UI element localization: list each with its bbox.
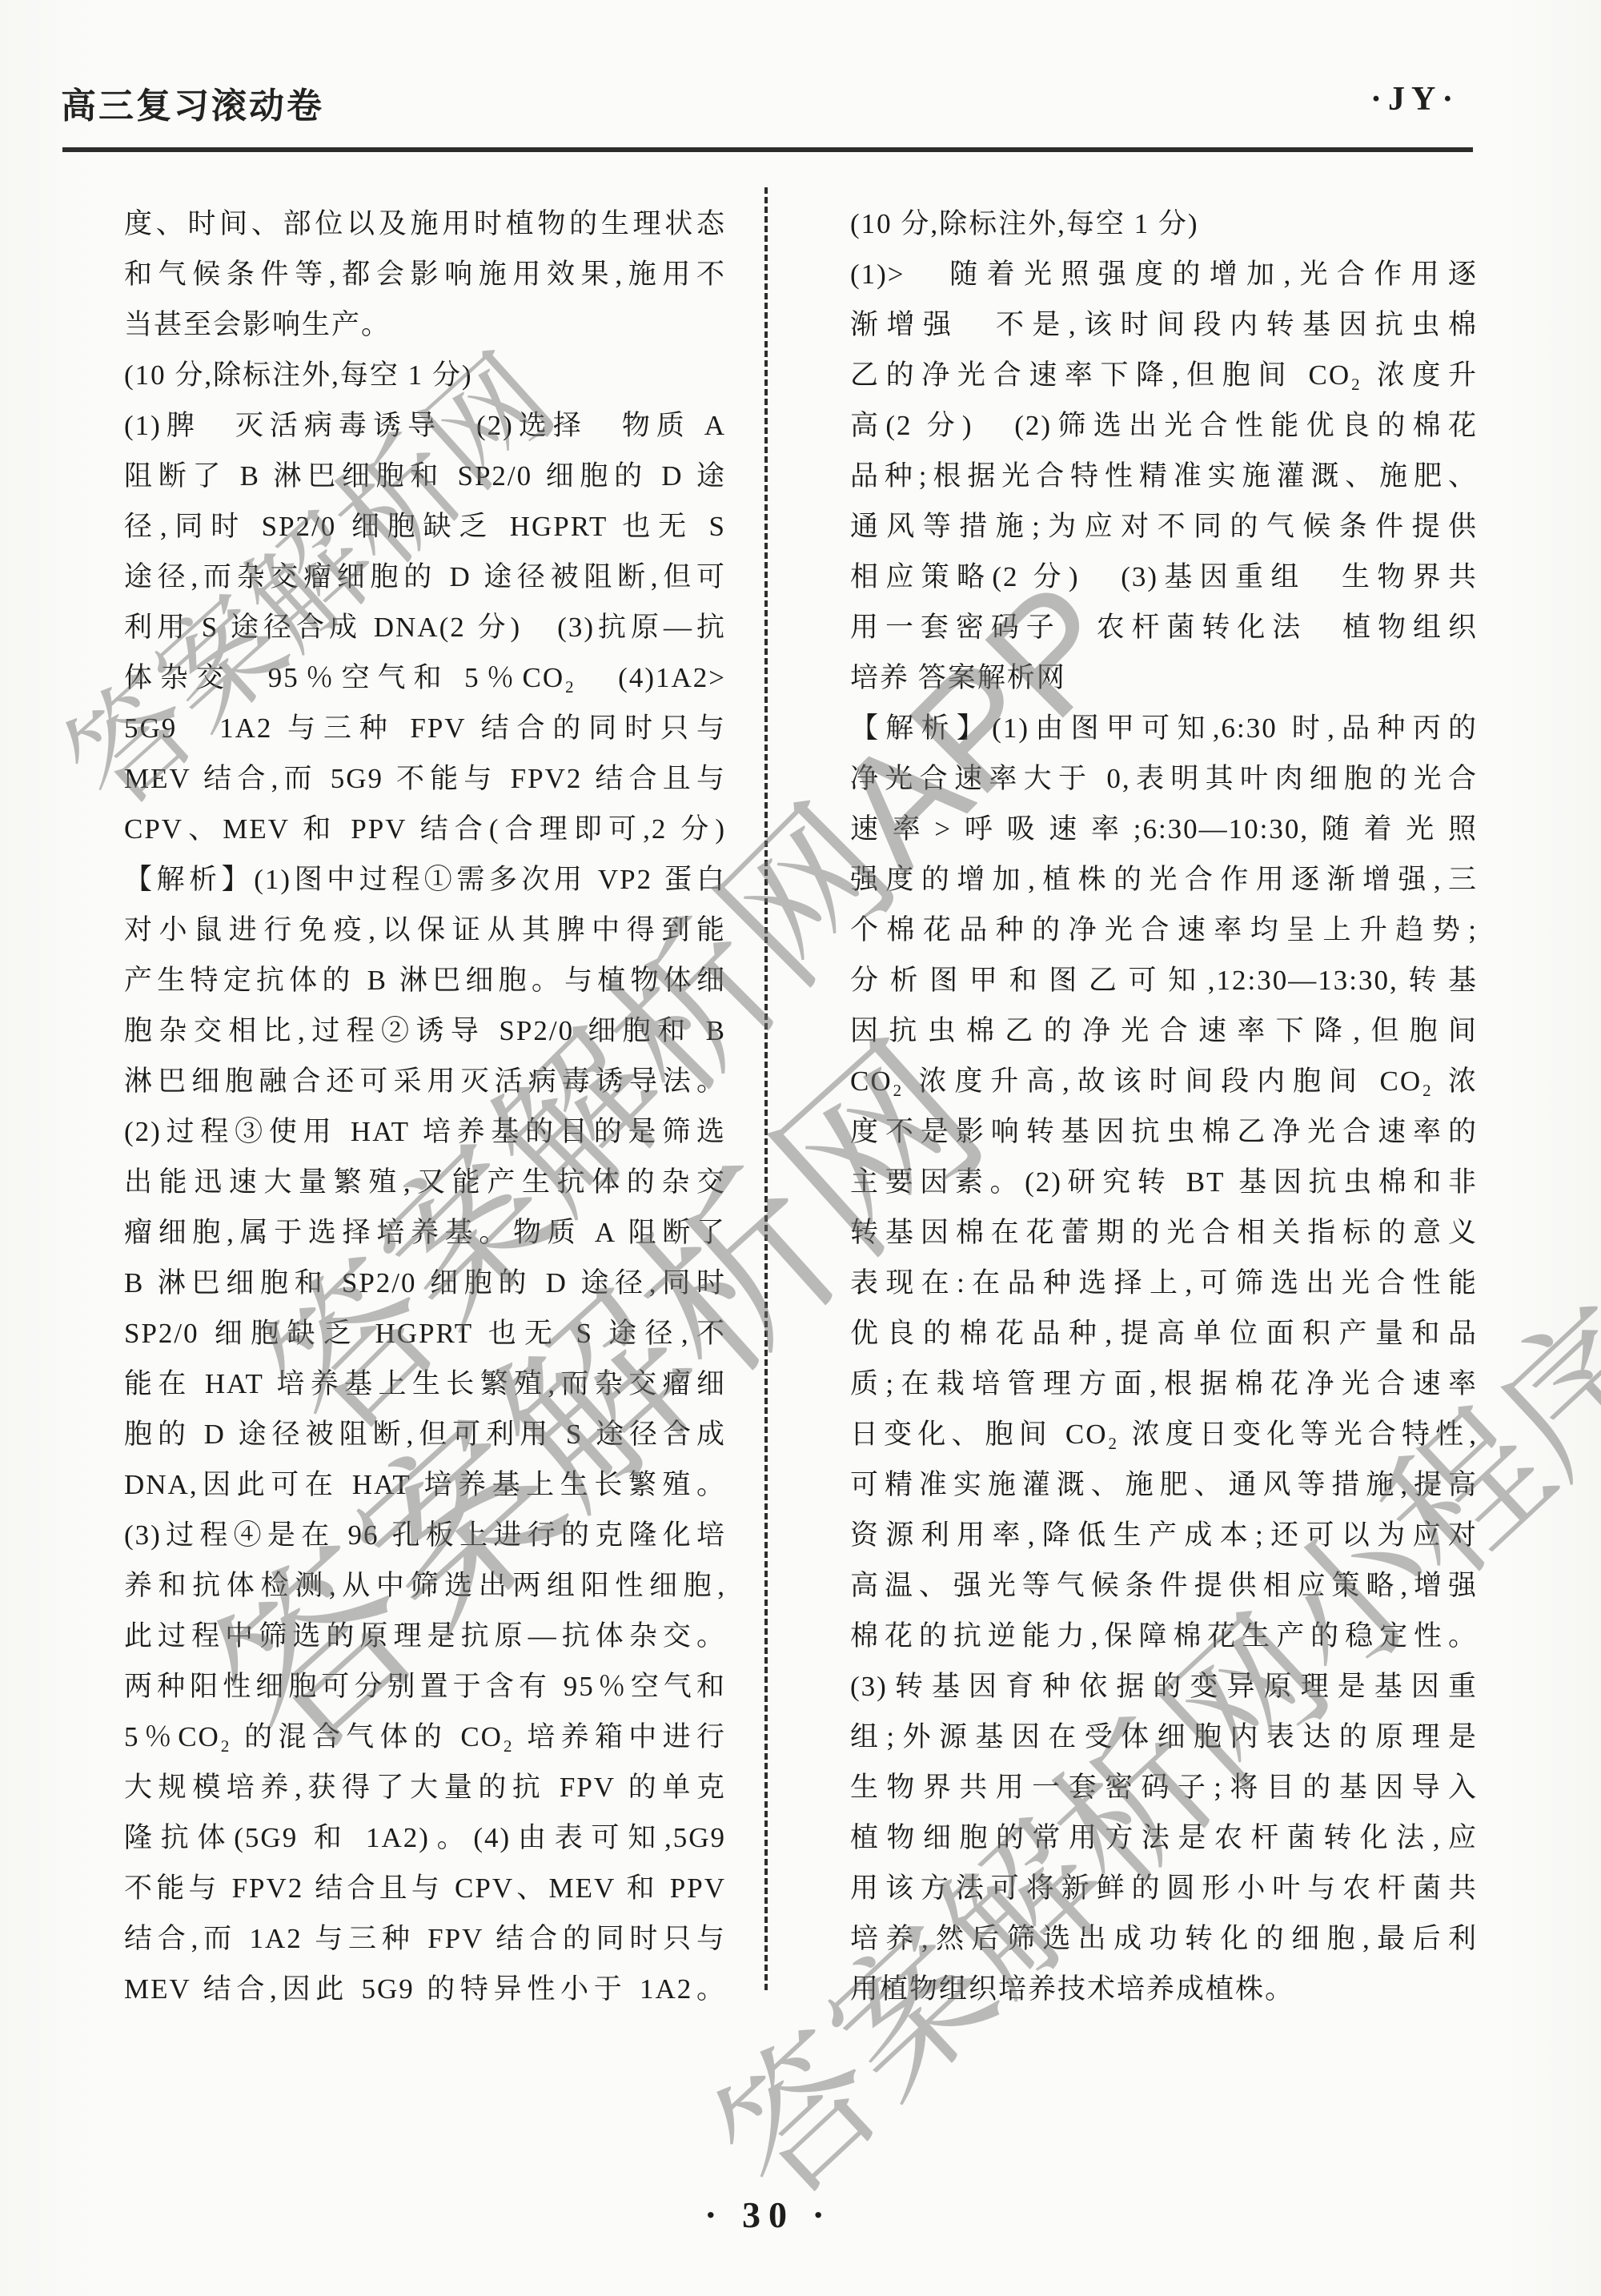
text-line: 分析图甲和图乙可知,12:30—13:30,转基 — [850, 955, 1478, 1006]
text-line: 净光合速率大于 0,表明其叶肉细胞的光合 — [850, 753, 1478, 804]
text-line: 出能迅速大量繁殖,又能产生抗体的杂交 — [124, 1157, 726, 1207]
text-line: 培养,然后筛选出成功转化的细胞,最后利 — [850, 1913, 1478, 1964]
text-line: 植物细胞的常用方法是农杆菌转化法,应 — [850, 1812, 1478, 1863]
text-line: 高(2 分) (2)筛选出光合性能优良的棉花 — [850, 400, 1478, 451]
text-line: 当甚至会影响生产。 — [124, 299, 726, 350]
text-line: 度、时间、部位以及施用时植物的生理状态 — [124, 199, 726, 249]
text-line: (3)过程④是在 96 孔板上进行的克隆化培 — [124, 1510, 726, 1560]
text-line: 径,同时 SP2/0 细胞缺乏 HGPRT 也无 S — [124, 501, 726, 552]
text-line: 用植物组织培养技术培养成植株。 — [850, 1964, 1478, 2014]
text-line: 阻断了 B 淋巴细胞和 SP2/0 细胞的 D 途 — [124, 451, 726, 501]
text-line: 个棉花品种的净光合速率均呈上升趋势; — [850, 905, 1478, 955]
text-line: 优良的棉花品种,提高单位面积产量和品 — [850, 1308, 1478, 1359]
text-line: B 淋巴细胞和 SP2/0 细胞的 D 途径,同时 — [124, 1258, 726, 1308]
edition-badge: ·JY· — [1370, 80, 1459, 118]
text-line: (3)转基因育种依据的变异原理是基因重 — [850, 1661, 1478, 1712]
text-line: (2)过程③使用 HAT 培养基的目的是筛选 — [124, 1106, 726, 1157]
text-line: 棉花的抗逆能力,保障棉花生产的稳定性。 — [850, 1611, 1478, 1661]
column-right: 21.(10 分,除标注外,每空 1 分)(1)> 随着光照强度的增加,光合作用… — [850, 199, 1478, 2014]
text-line: 淋巴细胞融合还可采用灭活病毒诱导法。 — [124, 1056, 726, 1106]
text-line: SP2/0 细胞缺乏 HGPRT 也无 S 途径,不 — [124, 1308, 726, 1359]
text-line: 隆抗体(5G9 和 1A2)。(4)由表可知,5G9 — [124, 1812, 726, 1863]
header-rule — [62, 147, 1473, 152]
text-line: DNA,因此可在 HAT 培养基上生长繁殖。 — [124, 1459, 726, 1510]
column-left: 度、时间、部位以及施用时植物的生理状态和气候条件等,都会影响施用效果,施用不当甚… — [124, 199, 726, 2014]
text-line: 生物界共用一套密码子;将目的基因导入 — [850, 1762, 1478, 1812]
text-line: 质;在栽培管理方面,根据棉花净光合速率 — [850, 1359, 1478, 1409]
text-line: MEV 结合,而 5G9 不能与 FPV2 结合且与 — [124, 753, 726, 804]
text-line: 强度的增加,植株的光合作用逐渐增强,三 — [850, 854, 1478, 905]
text-line: MEV 结合,因此 5G9 的特异性小于 1A2。 — [124, 1964, 726, 2014]
text-line: 大规模培养,获得了大量的抗 FPV 的单克 — [124, 1762, 726, 1812]
text-line: 【解析】(1)图中过程①需多次用 VP2 蛋白 — [124, 854, 726, 905]
text-line: 日变化、胞间 CO₂ 浓度日变化等光合特性, — [850, 1409, 1478, 1459]
text-line: (1)脾 灭活病毒诱导 (2)选择 物质 A — [124, 400, 726, 451]
text-line: 瘤细胞,属于选择培养基。物质 A 阻断了 — [124, 1207, 726, 1258]
page-number: · 30 · — [680, 2194, 857, 2236]
scanned-answer-page: 高三复习滚动卷 ·JY· 度、时间、部位以及施用时植物的生理状态和气候条件等,都… — [0, 0, 1601, 2296]
text-line: 因抗虫棉乙的净光合速率下降,但胞间 — [850, 1006, 1478, 1056]
text-line: 转基因棉在花蕾期的光合相关指标的意义 — [850, 1207, 1478, 1258]
text-line: 高温、强光等气候条件提供相应策略,增强 — [850, 1560, 1478, 1611]
text-line: 结合,而 1A2 与三种 FPV 结合的同时只与 — [124, 1913, 726, 1964]
page-title: 高三复习滚动卷 — [61, 77, 324, 128]
text-line: 此过程中筛选的原理是抗原—抗体杂交。 — [124, 1611, 726, 1661]
text-line: 不能与 FPV2 结合且与 CPV、MEV 和 PPV — [124, 1863, 726, 1913]
text-line: 可精准实施灌溉、施肥、通风等措施,提高 — [850, 1459, 1478, 1510]
text-line: CPV、MEV 和 PPV 结合(合理即可,2 分) — [124, 804, 726, 854]
text-line: 途径,而杂交瘤细胞的 D 途径被阻断,但可 — [124, 552, 726, 602]
text-line: 5G9 1A2 与三种 FPV 结合的同时只与 — [124, 703, 726, 753]
text-line: 乙的净光合速率下降,但胞间 CO₂ 浓度升 — [850, 350, 1478, 400]
text-line: 体杂交 95％空气和 5％CO₂ (4)1A2> — [124, 652, 726, 703]
text-line: 资源利用率,降低生产成本;还可以为应对 — [850, 1510, 1478, 1560]
text-line: 度不是影响转基因抗虫棉乙净光合速率的 — [850, 1106, 1478, 1157]
text-line: 渐增强 不是,该时间段内转基因抗虫棉 — [850, 299, 1478, 350]
text-line: 组;外源基因在受体细胞内表达的原理是 — [850, 1712, 1478, 1762]
text-line: 利用 S 途径合成 DNA(2 分) (3)抗原—抗 — [124, 602, 726, 652]
text-line: 能在 HAT 培养基上生长繁殖,而杂交瘤细 — [124, 1359, 726, 1409]
text-line: 和气候条件等,都会影响施用效果,施用不 — [124, 249, 726, 299]
text-line: 品种;根据光合特性精准实施灌溉、施肥、 — [850, 451, 1478, 501]
text-line: 胞杂交相比,过程②诱导 SP2/0 细胞和 B — [124, 1006, 726, 1056]
text-line: 胞的 D 途径被阻断,但可利用 S 途径合成 — [124, 1409, 726, 1459]
text-line: 用一套密码子 农杆菌转化法 植物组织 — [850, 602, 1478, 652]
text-line: 【解析】(1)由图甲可知,6:30 时,品种丙的 — [850, 703, 1478, 753]
text-line: 21.(10 分,除标注外,每空 1 分) — [850, 199, 1478, 249]
text-line: 5％CO₂ 的混合气体的 CO₂ 培养箱中进行 — [124, 1712, 726, 1762]
text-line: 相应策略(2 分) (3)基因重组 生物界共 — [850, 552, 1478, 602]
text-line: 两种阳性细胞可分别置于含有 95％空气和 — [124, 1661, 726, 1712]
text-line: 产生特定抗体的 B 淋巴细胞。与植物体细 — [124, 955, 726, 1006]
text-line: 主要因素。(2)研究转 BT 基因抗虫棉和非 — [850, 1157, 1478, 1207]
text-line: 用该方法可将新鲜的圆形小叶与农杆菌共 — [850, 1863, 1478, 1913]
text-line: 养和抗体检测,从中筛选出两组阳性细胞, — [124, 1560, 726, 1611]
column-divider — [764, 187, 768, 1990]
text-line: 通风等措施;为应对不同的气候条件提供 — [850, 501, 1478, 552]
text-line: 培养 答案解析网 — [850, 652, 1478, 703]
text-line: 速率>呼吸速率;6:30—10:30,随着光照 — [850, 804, 1478, 854]
text-line: 表现在:在品种选择上,可筛选出光合性能 — [850, 1258, 1478, 1308]
text-line: 20.(10 分,除标注外,每空 1 分) — [124, 350, 726, 400]
text-line: (1)> 随着光照强度的增加,光合作用逐 — [850, 249, 1478, 299]
text-line: CO₂ 浓度升高,故该时间段内胞间 CO₂ 浓 — [850, 1056, 1478, 1106]
text-line: 对小鼠进行免疫,以保证从其脾中得到能 — [124, 905, 726, 955]
